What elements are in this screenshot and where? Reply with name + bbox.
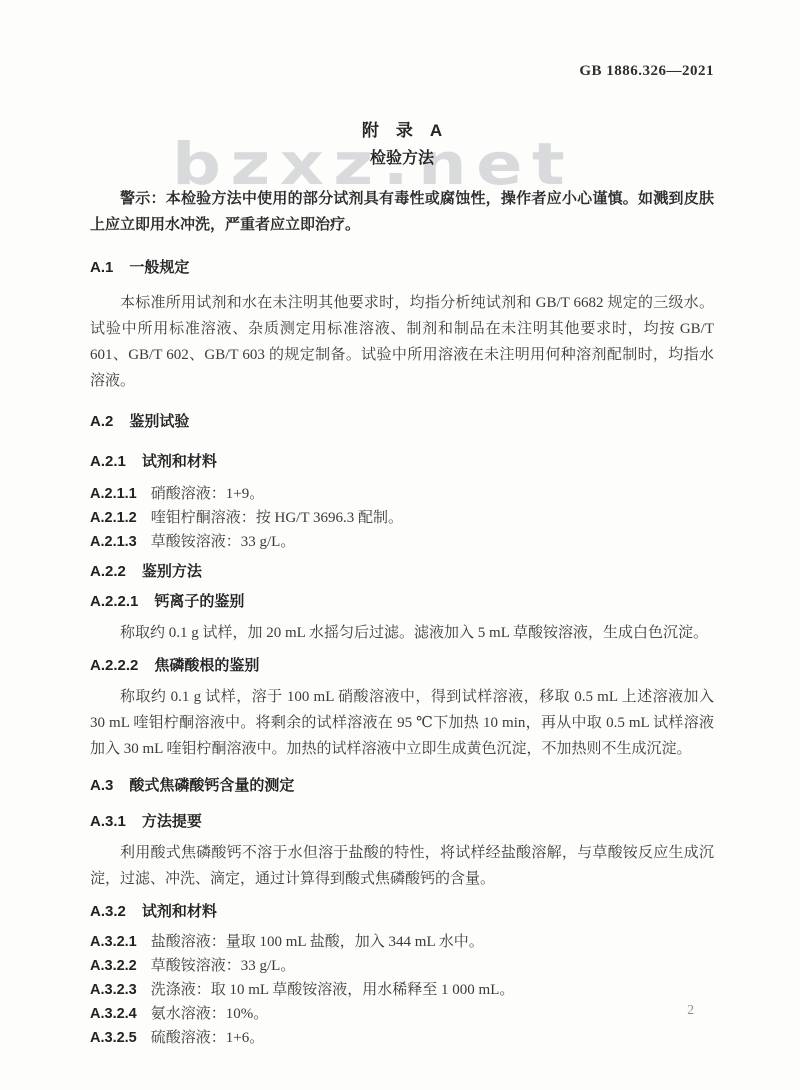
warning-paragraph: 警示：本检验方法中使用的部分试剂具有毒性或腐蚀性，操作者应小心谨慎。如溅到皮肤上… [90,186,714,238]
section-heading-a1: A.1一般规定 [90,258,714,278]
clause-text: 草酸铵溶液：33 g/L。 [151,534,296,550]
clause-text: 盐酸溶液：量取 100 mL 盐酸，加入 344 mL 水中。 [151,934,484,950]
appendix-subtitle: 检验方法 [90,148,714,170]
section-number: A.2.1 [90,452,126,472]
clause-text: 氨水溶液：10%。 [151,1006,269,1022]
clause-text: 洗涤液：取 10 mL 草酸铵溶液，用水稀释至 1 000 mL。 [151,982,515,998]
clause-a2-1-3: A.2.1.3草酸铵溶液：33 g/L。 [90,530,714,554]
section-title: 试剂和材料 [142,453,217,470]
section-number: A.2.2.1 [90,592,138,612]
section-heading-a2: A.2鉴别试验 [90,412,714,432]
paragraph-a1: 本标准所用试剂和水在未注明其他要求时，均指分析纯试剂和 GB/T 6682 规定… [90,290,714,394]
section-title: 酸式焦磷酸钙含量的测定 [129,777,294,794]
section-heading-a2-2: A.2.2鉴别方法 [90,562,714,582]
section-number: A.2.2.2 [90,656,138,676]
page-number: 2 [687,1002,694,1018]
section-title: 一般规定 [129,259,189,276]
document-page: bzxz.net GB 1886.326—2021 附 录 A 检验方法 警示：… [0,0,800,1090]
section-number: A.2 [90,412,113,432]
clause-text: 草酸铵溶液：33 g/L。 [151,958,296,974]
section-heading-a2-1: A.2.1试剂和材料 [90,452,714,472]
section-title: 鉴别试验 [129,413,189,430]
clause-a2-1-1: A.2.1.1硝酸溶液：1+9。 [90,482,714,506]
section-heading-a3-2: A.3.2试剂和材料 [90,902,714,922]
clause-text: 喹钼柠酮溶液：按 HG/T 3696.3 配制。 [151,510,403,526]
section-number: A.3.1 [90,812,126,832]
section-heading-a2-2-2: A.2.2.2焦磷酸根的鉴别 [90,656,714,676]
section-heading-a2-2-1: A.2.2.1钙离子的鉴别 [90,592,714,612]
clause-a3-2-3: A.3.2.3洗涤液：取 10 mL 草酸铵溶液，用水稀释至 1 000 mL。 [90,978,714,1002]
clause-number: A.2.1.3 [90,530,137,554]
clause-a3-2-4: A.3.2.4氨水溶液：10%。 [90,1002,714,1026]
appendix-title: 附 录 A [90,120,714,142]
section-title: 焦磷酸根的鉴别 [154,657,259,674]
clause-number: A.3.2.3 [90,978,137,1002]
clause-list-a3-2: A.3.2.1盐酸溶液：量取 100 mL 盐酸，加入 344 mL 水中。 A… [90,930,714,1050]
clause-number: A.2.1.1 [90,482,137,506]
clause-number: A.3.2.1 [90,930,137,954]
clause-number: A.3.2.2 [90,954,137,978]
clause-a3-2-1: A.3.2.1盐酸溶液：量取 100 mL 盐酸，加入 344 mL 水中。 [90,930,714,954]
section-number: A.3 [90,776,113,796]
clause-number: A.3.2.5 [90,1026,137,1050]
paragraph-a2-2-2: 称取约 0.1 g 试样，溶于 100 mL 硝酸溶液中，得到试样溶液，移取 0… [90,684,714,762]
clause-number: A.2.1.2 [90,506,137,530]
section-title: 鉴别方法 [142,563,202,580]
section-heading-a3: A.3酸式焦磷酸钙含量的测定 [90,776,714,796]
clause-a3-2-2: A.3.2.2草酸铵溶液：33 g/L。 [90,954,714,978]
paragraph-a2-2-1: 称取约 0.1 g 试样，加 20 mL 水摇匀后过滤。滤液加入 5 mL 草酸… [90,620,714,646]
standard-code: GB 1886.326—2021 [90,62,714,80]
clause-number: A.3.2.4 [90,1002,137,1026]
section-heading-a3-1: A.3.1方法提要 [90,812,714,832]
page-content: GB 1886.326—2021 附 录 A 检验方法 警示：本检验方法中使用的… [90,62,714,1050]
paragraph-a3-1: 利用酸式焦磷酸钙不溶于水但溶于盐酸的特性，将试样经盐酸溶解，与草酸铵反应生成沉淀… [90,840,714,892]
section-number: A.2.2 [90,562,126,582]
section-number: A.1 [90,258,113,278]
clause-a2-1-2: A.2.1.2喹钼柠酮溶液：按 HG/T 3696.3 配制。 [90,506,714,530]
section-title: 方法提要 [142,813,202,830]
clause-a3-2-5: A.3.2.5硫酸溶液：1+6。 [90,1026,714,1050]
section-number: A.3.2 [90,902,126,922]
section-title: 试剂和材料 [142,903,217,920]
clause-text: 硝酸溶液：1+9。 [151,486,264,502]
section-title: 钙离子的鉴别 [154,593,244,610]
clause-list-a2-1: A.2.1.1硝酸溶液：1+9。 A.2.1.2喹钼柠酮溶液：按 HG/T 36… [90,482,714,554]
appendix-header: 附 录 A 检验方法 [90,120,714,170]
clause-text: 硫酸溶液：1+6。 [151,1030,264,1046]
